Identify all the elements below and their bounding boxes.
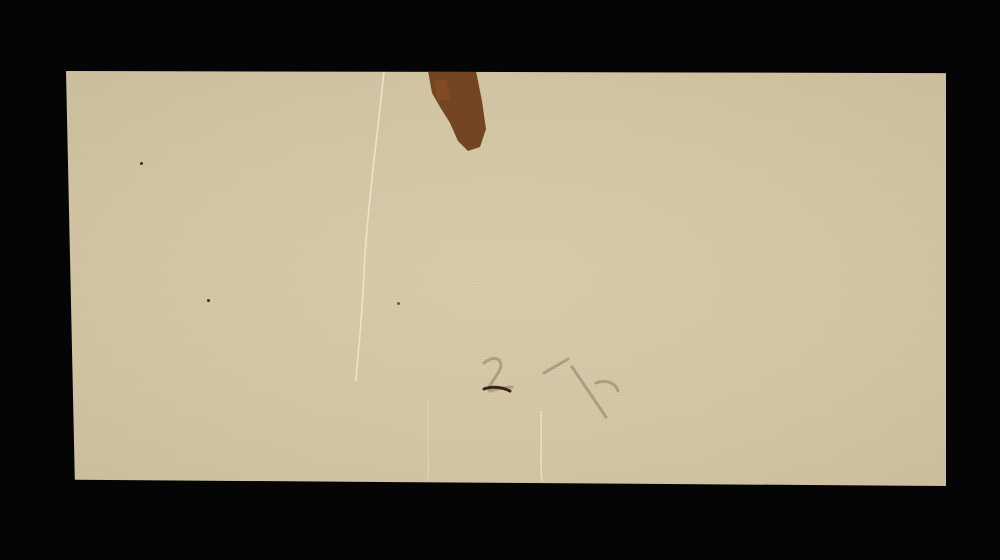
paper-marks — [66, 71, 946, 486]
crease-left — [356, 71, 384, 381]
speck — [397, 302, 400, 305]
speck — [140, 162, 143, 165]
aged-paper-slip — [66, 71, 946, 486]
speck — [207, 299, 210, 302]
crease-bottom — [541, 411, 542, 481]
